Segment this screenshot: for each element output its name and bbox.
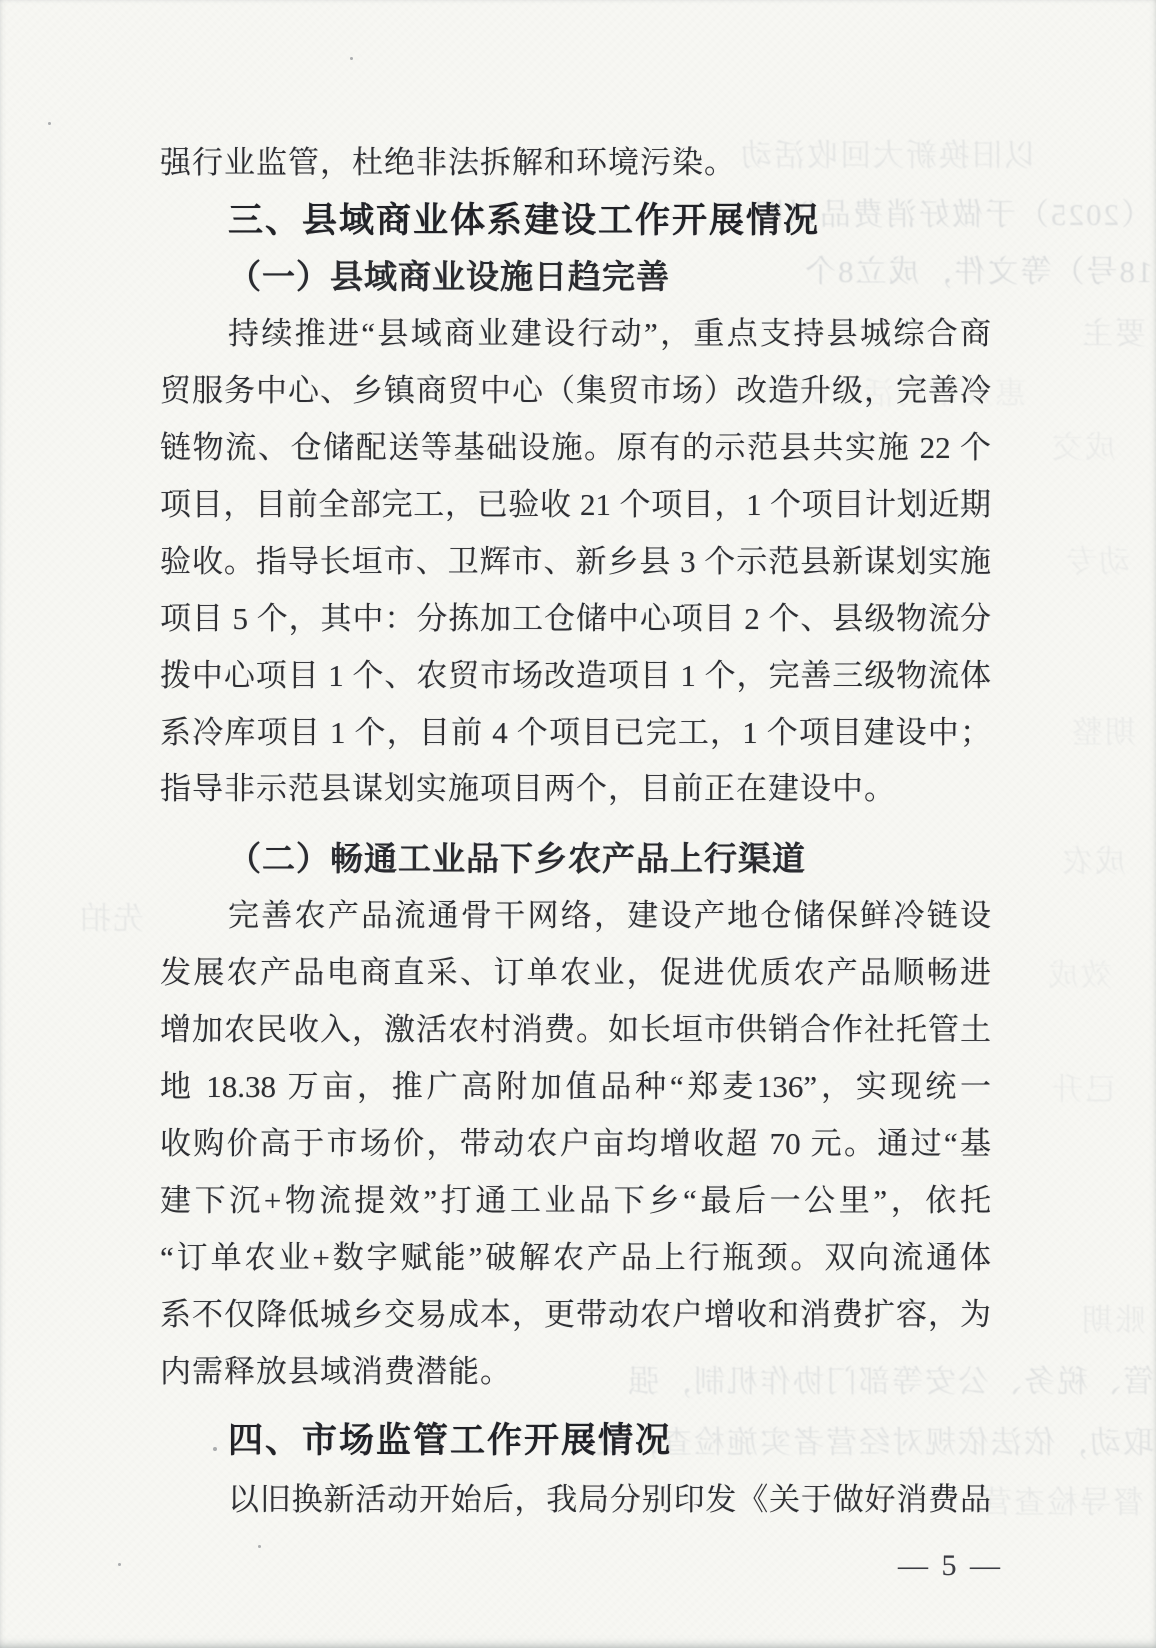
text-line: 强行业监管，杜绝非法拆解和环境污染。 — [160, 142, 991, 188]
scanned-document-page: 以旧换新大回收活动（2025）于做好消费品以旧18号）等文件，成立8个要主惠及市… — [0, 0, 1156, 1648]
bleedthrough-text: 动专 — [1064, 541, 1130, 583]
text-line: 贸服务中心、乡镇商贸中心（集贸市场）改造升级，完善冷 — [160, 370, 991, 416]
text-line: 增加农民收入，激活农村消费。如长垣市供销合作社托管土 — [160, 1009, 991, 1055]
bleedthrough-text: 督导检查营 — [979, 1482, 1144, 1524]
heading-line: 四、市场监管工作开展情况 — [160, 1419, 991, 1465]
noise-speck — [213, 1447, 217, 1451]
noise-speck — [48, 122, 51, 125]
text-line: 系不仅降低城乡交易成本，更带动农户增收和消费扩容，为 — [160, 1294, 991, 1340]
bleedthrough-text: 已升 — [1050, 1069, 1116, 1111]
bleedthrough-text: 先拍 — [78, 898, 144, 940]
text-line: 收购价高于市场价，带动农户亩均增收超 70 元。通过“基 — [160, 1123, 991, 1169]
noise-speck — [428, 160, 431, 163]
heading-line: （一）县域商业设施日趋完善 — [160, 256, 991, 302]
text-line: 拨中心项目 1 个、农贸市场改造项目 1 个，完善三级物流体 — [160, 655, 991, 701]
page-number: — 5 — — [898, 1548, 1018, 1584]
text-line: 发展农产品电商直采、订单农业，促进优质农产品顺畅进城， — [160, 952, 991, 998]
noise-speck — [258, 1545, 261, 1548]
bleedthrough-text: 成农 — [1060, 841, 1126, 883]
text-line: “订单农业+数字赋能”破解农产品上行瓶颈。双向流通体 — [160, 1237, 991, 1283]
heading-line: （二）畅通工业品下乡农产品上行渠道 — [160, 838, 991, 884]
text-line: 验收。指导长垣市、卫辉市、新乡县 3 个示范县新谋划实施 — [160, 541, 991, 587]
text-line: 建下沉+物流提效”打通工业品下乡“最后一公里”，依托 — [160, 1180, 991, 1226]
noise-speck — [350, 57, 353, 60]
bleedthrough-text: 成交 — [1050, 427, 1116, 469]
text-line: 项目 5 个，其中：分拣加工仓储中心项目 2 个、县级物流分 — [160, 598, 991, 644]
text-line: 持续推进“县域商业建设行动”，重点支持县城综合商 — [160, 313, 991, 359]
text-line: 项目，目前全部完工，已验收 21 个项目，1 个项目计划近期 — [160, 484, 991, 530]
bleedthrough-text: 账期 — [1080, 1300, 1146, 1342]
bleedthrough-text: 要主 — [1080, 313, 1146, 355]
text-line: 以旧换新活动开始后，我局分别印发《关于做好消费品 — [160, 1479, 991, 1525]
text-line: 完善农产品流通骨干网络，建设产地仓储保鲜冷链设施， — [160, 895, 991, 941]
text-line: 内需释放县域消费潜能。 — [160, 1351, 991, 1397]
text-line: 指导非示范县谋划实施项目两个，目前正在建设中。 — [160, 768, 991, 814]
text-line: 链物流、仓储配送等基础设施。原有的示范县共实施 22 个 — [160, 427, 991, 473]
bleedthrough-text: 效成 — [1046, 955, 1112, 997]
text-line: 地 18.38 万亩，推广高附加值品种“郑麦136”，实现统一 — [160, 1066, 991, 1112]
noise-speck — [118, 1563, 121, 1566]
heading-line: 三、县域商业体系建设工作开展情况 — [160, 199, 991, 245]
text-line: 系冷库项目 1 个，目前 4 个项目已完工，1 个项目建设中； — [160, 712, 991, 758]
bleedthrough-text: 期整 — [1070, 712, 1136, 754]
